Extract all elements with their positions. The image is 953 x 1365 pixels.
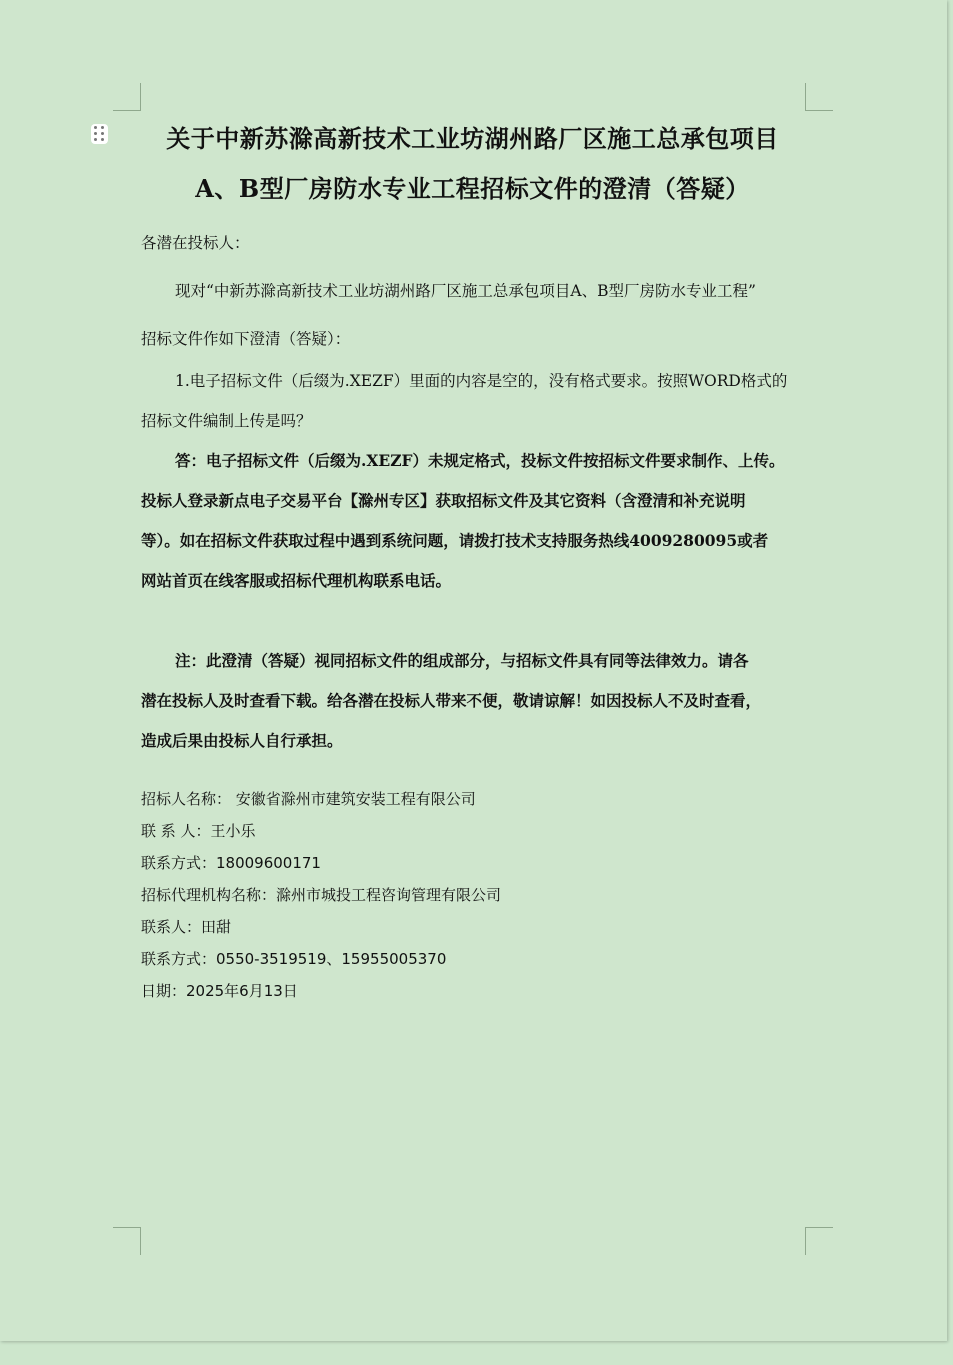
tenderer-contact-person: 联 系 人：王小乐 [141,820,256,841]
note-line-2: 潜在投标人及时查看下载。给各潜在投标人带来不便，敬请谅解！如因投标人不及时查看， [141,689,761,711]
document-date: 日期：2025年6月13日 [141,980,298,1001]
margin-corner-top-left [113,83,141,111]
intro-line-1: 现对“中新苏滁高新技术工业坊湖州路厂区施工总承包项目A、B型厂房防水专业工程” [175,279,756,301]
answer-line-4: 网站首页在线客服或招标代理机构联系电话。 [141,569,451,591]
answer-line-1: 答：电子招标文件（后缀为.XEZF）未规定格式，投标文件按招标文件要求制作、上传… [175,449,785,471]
agency-name: 招标代理机构名称：滁州市城投工程咨询管理有限公司 [141,884,501,905]
note-line-3: 造成后果由投标人自行承担。 [141,729,343,751]
tenderer-name: 招标人名称： 安徽省滁州市建筑安装工程有限公司 [141,788,476,809]
intro-line-2: 招标文件作如下澄清（答疑）： [141,327,350,349]
agency-phone: 联系方式：0550-3519519、15955005370 [141,948,446,969]
question-line-1: 1.电子招标文件（后缀为.XEZF）里面的内容是空的，没有格式要求。按照WORD… [175,369,787,391]
answer-line-3: 等）。如在招标文件获取过程中遇到系统问题，请拨打技术支持服务热线40092800… [141,529,768,551]
note-line-1: 注：此澄清（答疑）视同招标文件的组成部分，与招标文件具有同等法律效力。请各 [175,649,749,671]
drag-handle-icon[interactable] [91,124,108,144]
document-title-line-2: A、B型厂房防水专业工程招标文件的澄清（答疑） [140,169,805,204]
answer-line-2: 投标人登录新点电子交易平台【滁州专区】获取招标文件及其它资料（含澄清和补充说明 [141,489,746,511]
document-page: 关于中新苏滁高新技术工业坊湖州路厂区施工总承包项目 A、B型厂房防水专业工程招标… [0,0,947,1341]
tenderer-phone: 联系方式：18009600171 [141,852,321,873]
question-line-2: 招标文件编制上传是吗？ [141,409,312,431]
salutation: 各潜在投标人： [141,231,250,253]
document-title-line-1: 关于中新苏滁高新技术工业坊湖州路厂区施工总承包项目 [140,119,805,154]
agency-contact-person: 联系人：田甜 [141,916,231,937]
margin-corner-bottom-left [113,1227,141,1255]
margin-corner-top-right [805,83,833,111]
margin-corner-bottom-right [805,1227,833,1255]
